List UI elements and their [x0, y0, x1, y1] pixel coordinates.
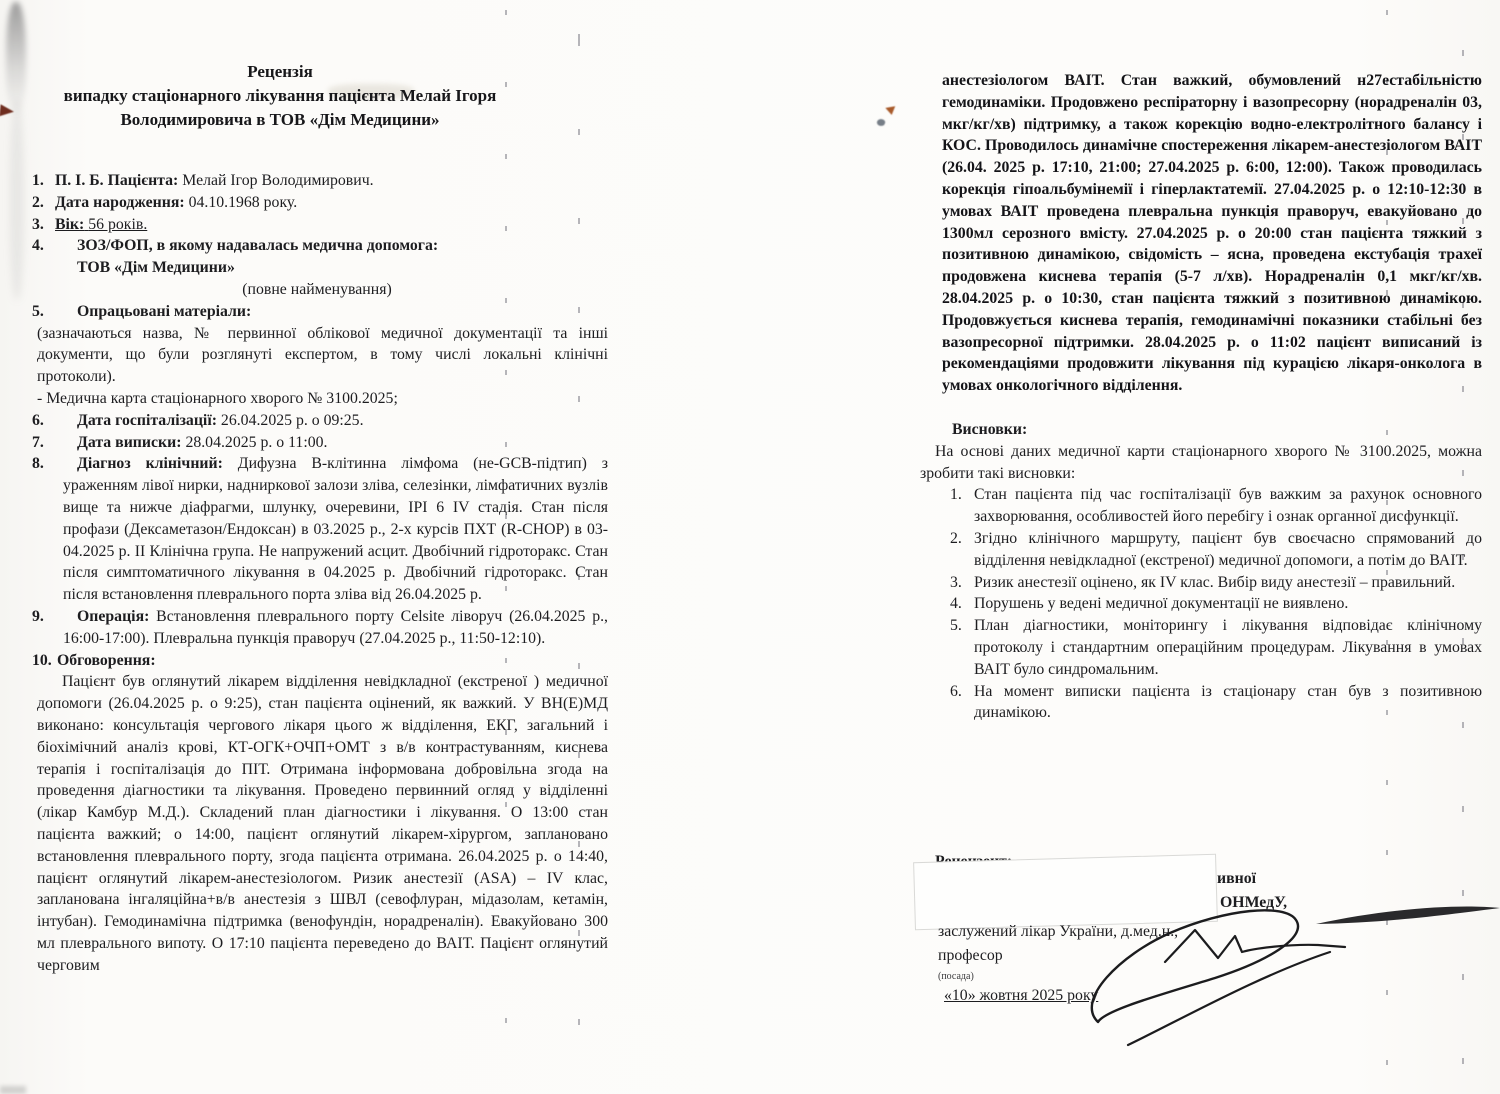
conclusions-section: Висновки: На основі даних медичної карти…	[920, 419, 1482, 724]
item-number: 3.	[950, 572, 962, 594]
item-number: 5.	[950, 615, 962, 637]
conclusion-item: 2.Згідно клінічного маршруту, пацієнт бу…	[974, 528, 1482, 572]
item-number: 2.	[32, 192, 66, 214]
item-text: 28.04.2025 р. о 11:00.	[185, 434, 327, 451]
list-item-operation: 9. Операція: Встановлення плеврального п…	[30, 606, 608, 650]
item-number: 8.	[32, 453, 66, 475]
item-number: 10.	[32, 650, 66, 672]
list-item-patient-name: 1. П. І. Б. Пацієнта: Мелай Ігор Володим…	[30, 170, 608, 192]
list-item-discharge-date: 7. Дата виписки: 28.04.2025 р. о 11:00.	[30, 432, 608, 454]
left-page-items: 1. П. І. Б. Пацієнта: Мелай Ігор Володим…	[30, 170, 608, 976]
item-label: Опрацьовані матеріали:	[77, 303, 251, 320]
list-item-age: 3. Вік: 56 років.	[30, 214, 608, 236]
item-text: Мелай Ігор Володимирович.	[182, 172, 373, 189]
item-text: Згідно клінічного маршруту, пацієнт був …	[974, 530, 1482, 569]
position-caption: (посада)	[938, 971, 974, 982]
list-item-materials: 5. Опрацьовані матеріали: (зазначаються …	[30, 301, 608, 410]
item-number: 5.	[32, 301, 66, 323]
item-number: 1.	[950, 484, 962, 506]
discussion-paragraph: Пацієнт був оглянутий лікарем відділення…	[37, 671, 608, 976]
conclusions-intro: На основі даних медичної карти стаціонар…	[920, 441, 1482, 485]
item-label: П. І. Б. Пацієнта:	[55, 172, 178, 189]
list-item-birth-date: 2. Дата народження: 04.10.1968 року.	[30, 192, 608, 214]
item-number: 6.	[950, 681, 962, 703]
list-item-diagnosis: 8. Діагноз клінічний: Дифузна В-клітинна…	[30, 453, 608, 606]
item-label: Дата госпіталізації:	[77, 412, 217, 429]
item-number: 3.	[32, 214, 66, 236]
item-text: План діагностики, моніторингу і лікуванн…	[974, 617, 1482, 678]
item-number: 1.	[32, 170, 66, 192]
item-label: Діагноз клінічний:	[77, 455, 223, 472]
scan-artifact-arrow-right	[885, 106, 896, 116]
item-text: 56 років.	[88, 216, 147, 233]
conclusions-heading: Висновки:	[952, 419, 1482, 441]
item-number: 9.	[32, 606, 66, 628]
item-number: 4.	[32, 235, 66, 257]
title-line: Володимировича в ТОВ «Дім Медицини»	[30, 108, 530, 132]
scanned-document: Рецензія випадку стаціонарного лікування…	[0, 0, 1500, 1094]
reviewer-title: професор	[938, 947, 1003, 965]
item-text: Ризик анестезії оцінено, як IV клас. Виб…	[974, 574, 1455, 591]
pen-stroke-line	[1316, 907, 1500, 924]
item-label: Операція:	[77, 608, 149, 625]
scan-smudge	[10, 100, 24, 300]
item-number: 4.	[950, 593, 962, 615]
item-label: ЗОЗ/ФОП, в якому надавалась медична допо…	[77, 237, 438, 254]
conclusion-item: 4.Порушень у ведені медичної документаці…	[974, 593, 1482, 615]
item-text: На момент виписки пацієнта із стаціонару…	[974, 683, 1482, 722]
item-text: ТОВ «Дім Медицини»	[77, 259, 235, 276]
item-text: Дифузна В-клітинна лімфома (не-GCB-підти…	[63, 455, 608, 603]
item-text: 04.10.1968 року.	[189, 194, 298, 211]
list-item-discussion: 10. Обговорення: Пацієнт був оглянутий л…	[30, 650, 608, 977]
item-text: 26.04.2025 р. о 09:25.	[221, 412, 364, 429]
item-number: 6.	[32, 410, 66, 432]
scan-smudge	[0, 1086, 26, 1094]
item-number: 2.	[950, 528, 962, 550]
item-note: (зазначаються назва, № первинної обліков…	[37, 323, 608, 388]
title-line: випадку стаціонарного лікування пацієнта…	[30, 84, 530, 108]
item-text: Порушень у ведені медичної документації …	[974, 595, 1348, 612]
item-text: Стан пацієнта під час госпіталізації був…	[974, 486, 1482, 525]
icu-course-paragraph: анестезіологом ВАІТ. Стан важкий, обумов…	[942, 70, 1482, 397]
item-number: 7.	[32, 432, 66, 454]
document-title: Рецензія випадку стаціонарного лікування…	[30, 60, 530, 132]
scan-artifact-arrow-left	[0, 104, 15, 117]
list-item-admission-date: 6. Дата госпіталізації: 26.04.2025 р. о …	[30, 410, 608, 432]
item-note: (повне найменування)	[37, 279, 597, 301]
signature	[1040, 875, 1500, 1055]
item-label: Дата народження:	[55, 194, 185, 211]
item-label: Обговорення:	[57, 652, 156, 669]
title-line: Рецензія	[30, 60, 530, 84]
conclusion-item: 1.Стан пацієнта під час госпіталізації б…	[974, 484, 1482, 528]
conclusion-item: 6.На момент виписки пацієнта із стаціона…	[974, 681, 1482, 725]
conclusion-item: 3.Ризик анестезії оцінено, як IV клас. В…	[974, 572, 1482, 594]
item-text: - Медична карта стаціонарного хворого № …	[37, 388, 608, 410]
list-item-facility: 4. ЗОЗ/ФОП, в якому надавалась медична д…	[30, 235, 608, 300]
item-label: Дата виписки:	[77, 434, 181, 451]
scan-artifact-dot	[876, 118, 886, 127]
conclusion-item: 5.План діагностики, моніторингу і лікува…	[974, 615, 1482, 680]
